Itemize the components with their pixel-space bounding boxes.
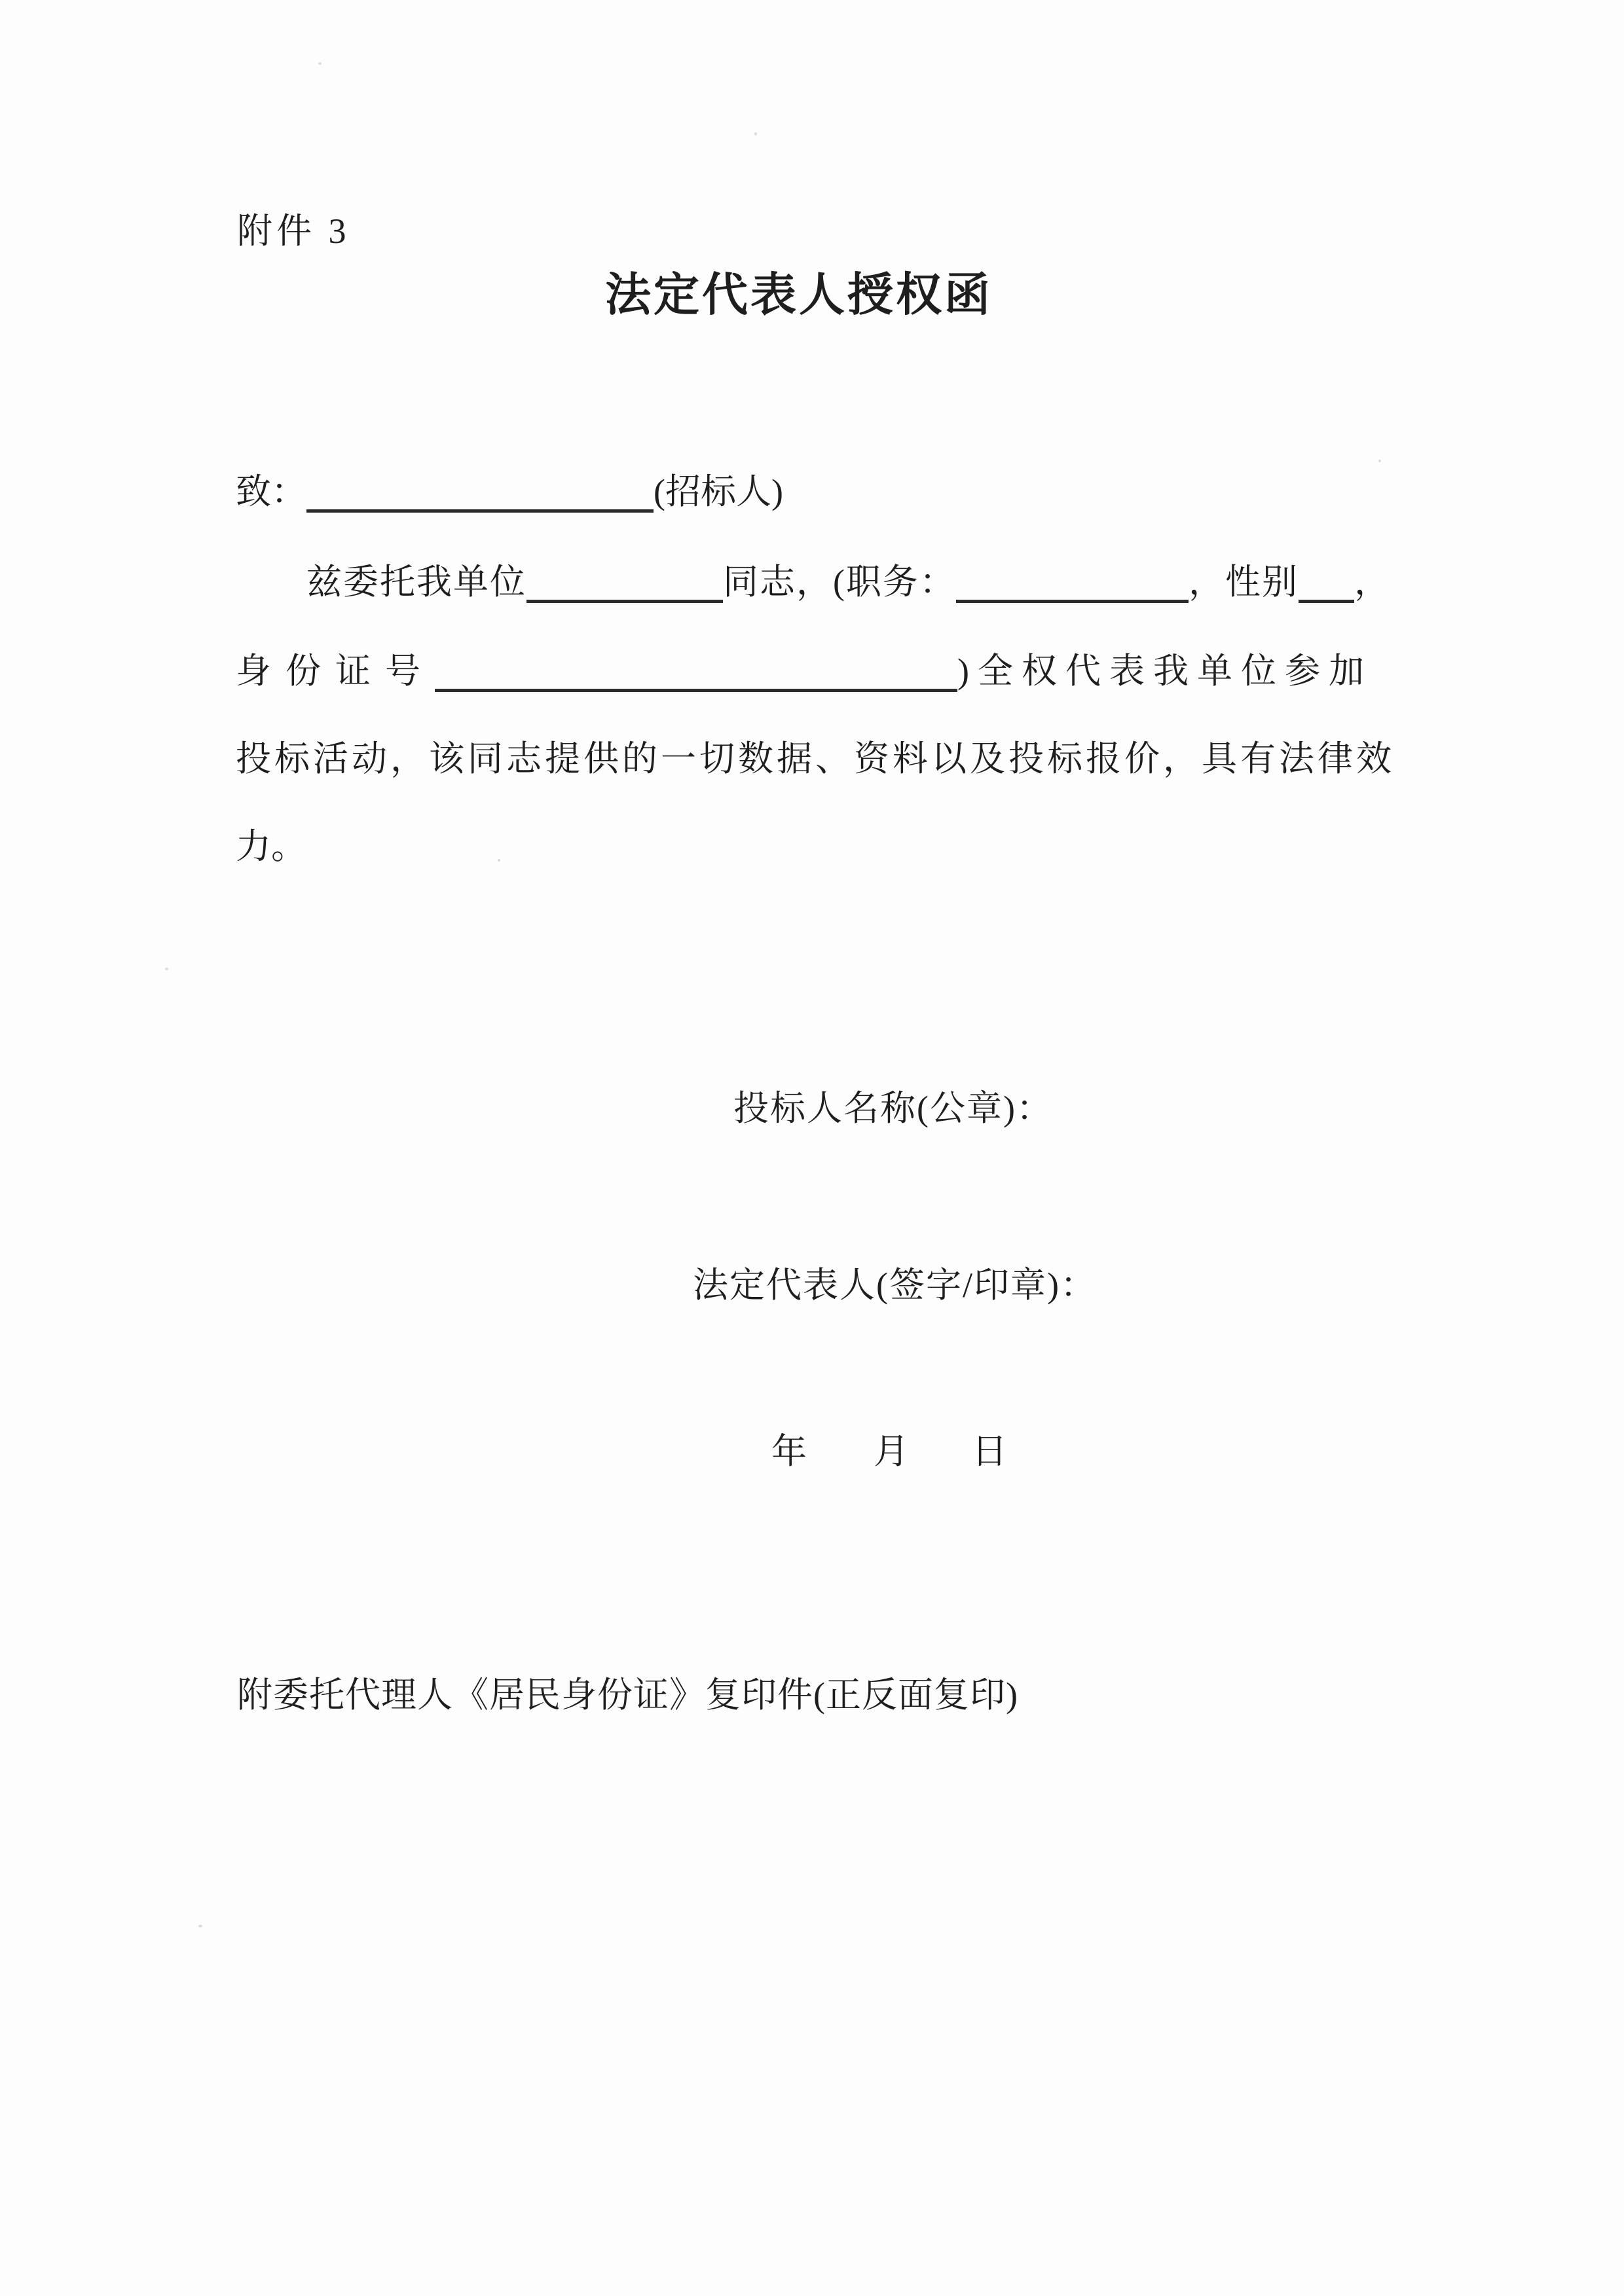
date-line: 年月日 <box>771 1431 1007 1472</box>
delegate-intro-text: 兹委托我单位 <box>306 562 526 602</box>
scan-speck <box>754 132 757 136</box>
attachment-copy-note: 附委托代理人《居民身份证》复印件(正反面复印) <box>237 1675 1018 1715</box>
attachment-label: 附件 3 <box>237 211 350 251</box>
body-line-3: 投标活动，该同志提供的一切数据、资料以及投标报价，具有法律效 <box>236 738 1395 779</box>
scan-speck <box>165 968 168 970</box>
line1-trailing-comma: ， <box>1354 562 1391 602</box>
gender-blank-line <box>1299 564 1354 603</box>
body-line-2: 身份证号)全权代表我单位参加 <box>236 651 1373 692</box>
gender-label-text: ，性别 <box>1189 562 1299 602</box>
body-line-4: 力。 <box>236 826 306 867</box>
authorization-scope-text: )全权代表我单位参加 <box>957 651 1373 691</box>
scan-speck <box>498 859 500 862</box>
recipient-blank-line <box>306 474 654 513</box>
id-number-blank-line <box>435 653 957 692</box>
date-year-label: 年 <box>771 1431 807 1472</box>
comrade-position-text: 同志，(职务： <box>723 562 956 602</box>
scan-speck <box>858 282 860 284</box>
position-blank-line <box>956 564 1189 603</box>
legal-representative-signature-label: 法定代表人(签字/印章)： <box>693 1265 1097 1305</box>
scan-speck <box>1378 460 1381 462</box>
scan-speck <box>318 62 322 65</box>
document-page: 附件 3 法定代表人授权函 致：(招标人) 兹委托我单位同志，(职务：，性别， … <box>0 0 1624 2296</box>
id-number-label: 身份证号 <box>236 651 435 691</box>
salutation-line: 致：(招标人) <box>236 471 783 513</box>
date-day-label: 日 <box>972 1431 1007 1472</box>
date-month-label: 月 <box>874 1431 909 1472</box>
scan-speck <box>198 1925 202 1927</box>
page-title: 法定代表人授权函 <box>0 270 1598 323</box>
body-line-1: 兹委托我单位同志，(职务：，性别， <box>306 562 1391 603</box>
salutation-prefix: 致： <box>236 472 306 511</box>
delegate-name-blank-line <box>526 564 723 603</box>
salutation-recipient-suffix: (招标人) <box>654 472 783 511</box>
bidder-name-seal-label: 投标人名称(公章)： <box>733 1088 1053 1129</box>
